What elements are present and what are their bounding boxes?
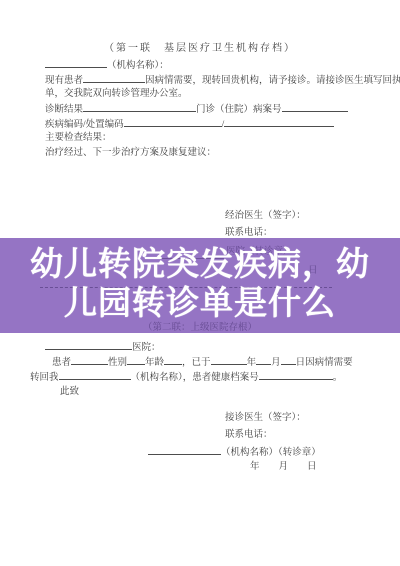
gender-label: 性别 [108,358,127,368]
hospital-label: 医院： [132,343,161,353]
intro-post-text: 因病情需要，现转回贵机构，请予接诊。请接诊医生填写回执 [145,76,400,86]
referral-form-document: （第一联 基层医疗卫生机构存档） （机构名称）： 现有患者因病情需要，现转回贵机… [0,0,400,566]
intro-pre-text: 现有患者 [45,76,83,86]
blank-underline [71,356,108,365]
blank-underline [45,59,107,68]
headline-title-line1: 幼儿转院突发疾病，幼 [0,244,400,283]
headline-title-line2: 儿园转诊单是什么 [0,283,400,322]
blank-underline [83,74,145,83]
sheet2-stamp-row: （机构名称）（转诊章） [148,446,321,459]
day-rest-label: 日因病情需要 [296,358,353,368]
headline-banner: 医院（转诊章） 日 （第二联：上级医院存根） 幼儿转院突发疾病，幼 儿园转诊单是… [0,238,400,333]
blank-underline [259,371,333,380]
sheet1-org-row: （机构名称）： [45,59,169,72]
blank-underline [281,356,296,365]
blank-underline [256,356,271,365]
blank-underline [45,341,132,350]
age-label: 年龄 [145,358,164,368]
case-no-label: 门诊（住院）病案号 [196,105,282,115]
sheet2-patient-row: 患者性别年龄，已于年月日因病情需要 [52,356,353,369]
year-label: 年 [247,358,257,368]
org-name-archive-label: （机构名称），患者健康档案号 [131,373,259,383]
month-label: 月 [271,358,281,368]
sheet1-diagnosis-row: 诊断结果门诊（住院）病案号 [45,103,348,116]
blank-underline [124,118,222,127]
sheet1-code-row: 疾病编码/处置编码/ [45,118,334,131]
treatment-label: 治疗经过、下一步治疗方案及康复建议： [45,148,216,159]
sheet1-intro-cont: 单，交我院双向转诊管理办公室。 [45,89,188,100]
disease-code-label: 疾病编码/处置编码 [45,120,124,130]
org-name-label: （机构名称）： [107,61,169,71]
date-line: 年 月 日 [250,462,317,473]
blank-underline [282,103,348,112]
org-stamp-label: （机构名称）（转诊章） [221,448,321,458]
salute-text: 此致 [60,387,79,398]
blank-underline [148,446,221,455]
exam-result-label: 主要检查结果： [45,133,112,144]
already-on-label: ，已于 [182,358,211,368]
sheet2-hospital-row: 医院： [45,341,161,354]
period-mark: 。 [333,373,343,383]
sheet1-doctor-sign-label: 经治医生（签字）： [225,211,306,222]
sheet1-intro-row: 现有患者因病情需要，现转回贵机构，请予接诊。请接诊医生填写回执 [45,74,400,87]
diagnosis-label: 诊断结果 [45,105,83,115]
headline-title: 幼儿转院突发疾病，幼 儿园转诊单是什么 [0,238,400,322]
sheet2-return-row: 转回我（机构名称），患者健康档案号。 [30,371,342,384]
patient-label: 患者 [52,358,71,368]
blank-underline [127,356,145,365]
blank-underline [211,356,247,365]
blank-underline [59,371,131,380]
return-label: 转回我 [30,373,59,383]
blank-underline [83,103,196,112]
sheet1-copy-header: （第一联 基层医疗卫生机构存档） [0,43,400,54]
blank-underline [164,356,182,365]
sheet2-recv-doctor-label: 接诊医生（签字）： [225,413,306,424]
blank-underline [224,118,334,127]
sheet2-phone-label: 联系电话： [225,430,273,441]
